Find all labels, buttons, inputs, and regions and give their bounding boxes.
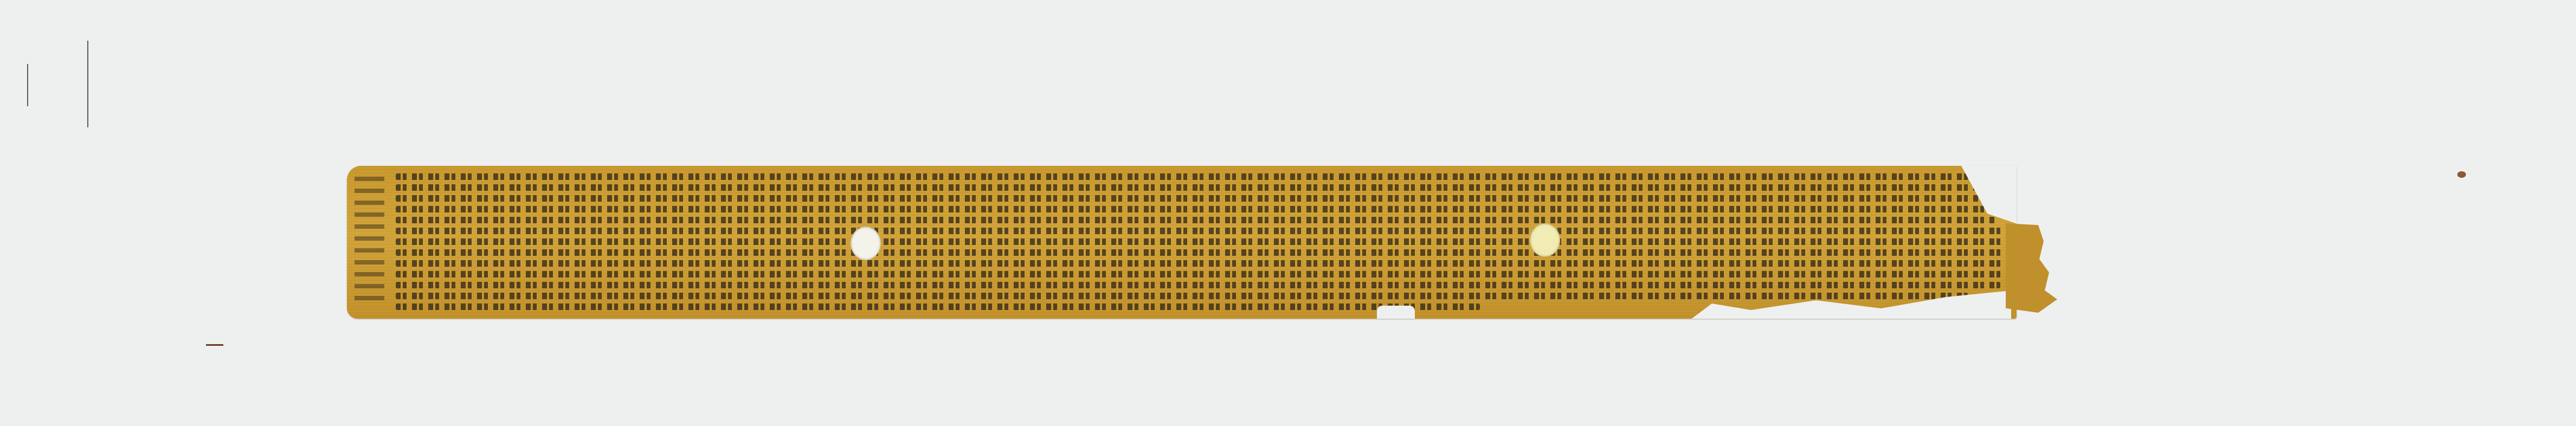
palm-leaf-manuscript xyxy=(347,166,2017,319)
text-line xyxy=(396,228,2006,234)
text-line xyxy=(396,293,1968,299)
text-line xyxy=(396,282,2000,288)
damaged-edge xyxy=(1377,306,1415,319)
text-line xyxy=(396,173,1989,180)
text-line xyxy=(396,271,2017,277)
string-hole-left xyxy=(851,227,881,260)
background-mark xyxy=(27,64,28,106)
text-line xyxy=(396,249,2017,256)
text-line xyxy=(396,260,2011,267)
leaf-fragment-tail xyxy=(2006,223,2060,313)
background-mark xyxy=(2457,171,2466,178)
background-mark xyxy=(87,41,88,127)
text-line xyxy=(396,238,2017,245)
text-line xyxy=(396,217,1995,223)
text-line xyxy=(396,304,1480,310)
text-line xyxy=(396,184,2000,191)
marginal-notation xyxy=(355,177,384,307)
string-hole-right xyxy=(1530,223,1560,257)
text-line xyxy=(396,206,2000,212)
background-mark xyxy=(206,344,223,346)
text-line xyxy=(396,195,2011,202)
